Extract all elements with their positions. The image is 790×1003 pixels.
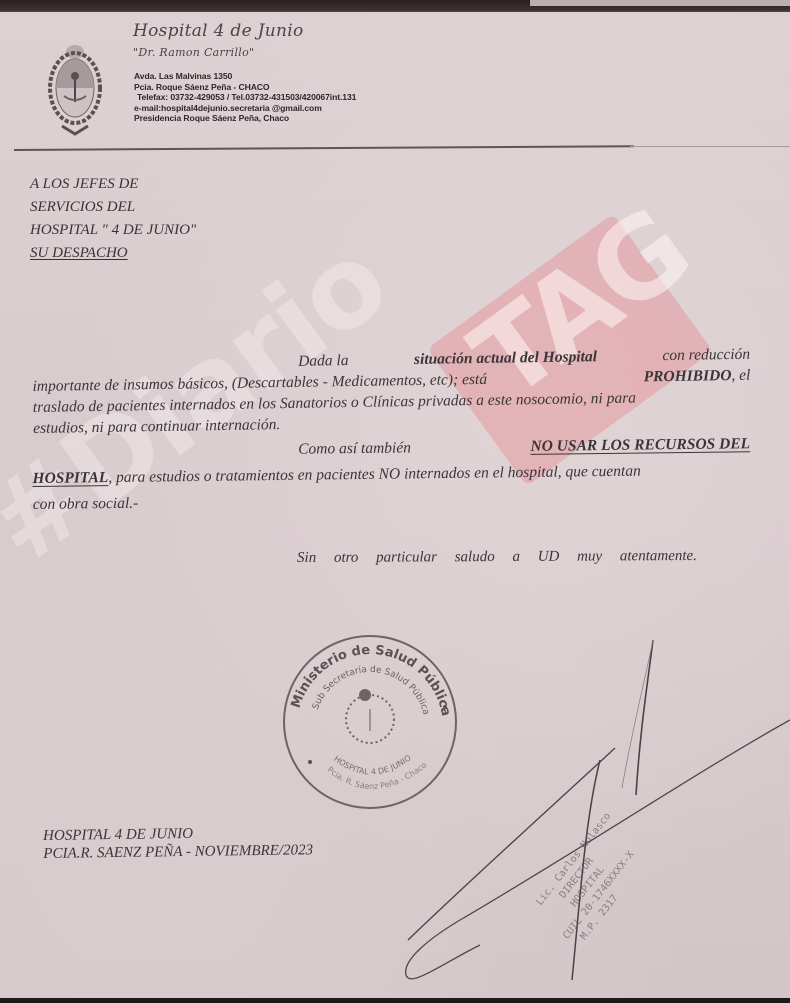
city-line: Pcia. Roque Sáenz Peña - CHACO	[134, 82, 356, 93]
body-text: Dada la	[298, 350, 349, 372]
body-text: con reducción	[662, 344, 750, 366]
hospital-bold-text: HOSPITAL	[32, 465, 108, 492]
phone-line: Telefax: 03732-429053 / Tel.03732-431503…	[134, 92, 356, 103]
footer-block: HOSPITAL 4 DE JUNIO PCIA.R. SAENZ PEÑA -…	[43, 823, 313, 863]
address-line: Avda. Las Malvinas 1350	[134, 71, 356, 82]
body-text: , el	[731, 367, 750, 384]
handwritten-signature-icon: Lic. Carlos Nolasco DIRECTOR HOSPITAL CU…	[400, 620, 790, 1000]
prohibido-text: PROHIBIDO	[643, 367, 731, 385]
presidencia-line: Presidencia Roque Sáenz Peña, Chaco	[134, 113, 356, 124]
email-line: e-mail:hospital4dejunio.secretaria @gmai…	[134, 103, 356, 114]
no-usar-recursos-text: NO USAR LOS RECURSOS DEL	[530, 431, 750, 460]
director-stamp: Lic. Carlos Nolasco DIRECTOR HOSPITAL CU…	[528, 811, 657, 950]
bottom-dark-edge	[0, 998, 790, 1003]
body-bold-text: situación actual del Hospital	[414, 346, 597, 370]
body-text: Como así también	[298, 435, 411, 462]
argentina-coat-of-arms-icon	[42, 30, 108, 142]
body-paragraph-1: Dada la situación actual del Hospital co…	[32, 344, 751, 439]
addressee-line: A LOS JEFES DE	[30, 173, 196, 196]
hospital-subtitle: "Dr. Ramon Carrillo"	[133, 46, 254, 59]
addressee-line: HOSPITAL " 4 DE JUNIO"	[30, 219, 196, 242]
addressee-despacho: SU DESPACHO	[30, 242, 196, 265]
closing-salutation: Sin otro particular saludo a UD muy aten…	[297, 548, 697, 567]
addressee-line: SERVICIOS DEL	[30, 196, 196, 219]
hospital-name: Hospital 4 de Junio	[133, 21, 304, 41]
footer-place-date: PCIA.R. SAENZ PEÑA - NOVIEMBRE/2023	[43, 841, 313, 863]
letterhead-contact-block: Avda. Las Malvinas 1350 Pcia. Roque Sáen…	[134, 71, 356, 124]
letterhead-divider-fade	[630, 146, 790, 147]
body-paragraph-2: Como así también NO USAR LOS RECURSOS DE…	[32, 431, 751, 518]
addressee-block: A LOS JEFES DE SERVICIOS DEL HOSPITAL " …	[30, 173, 196, 265]
